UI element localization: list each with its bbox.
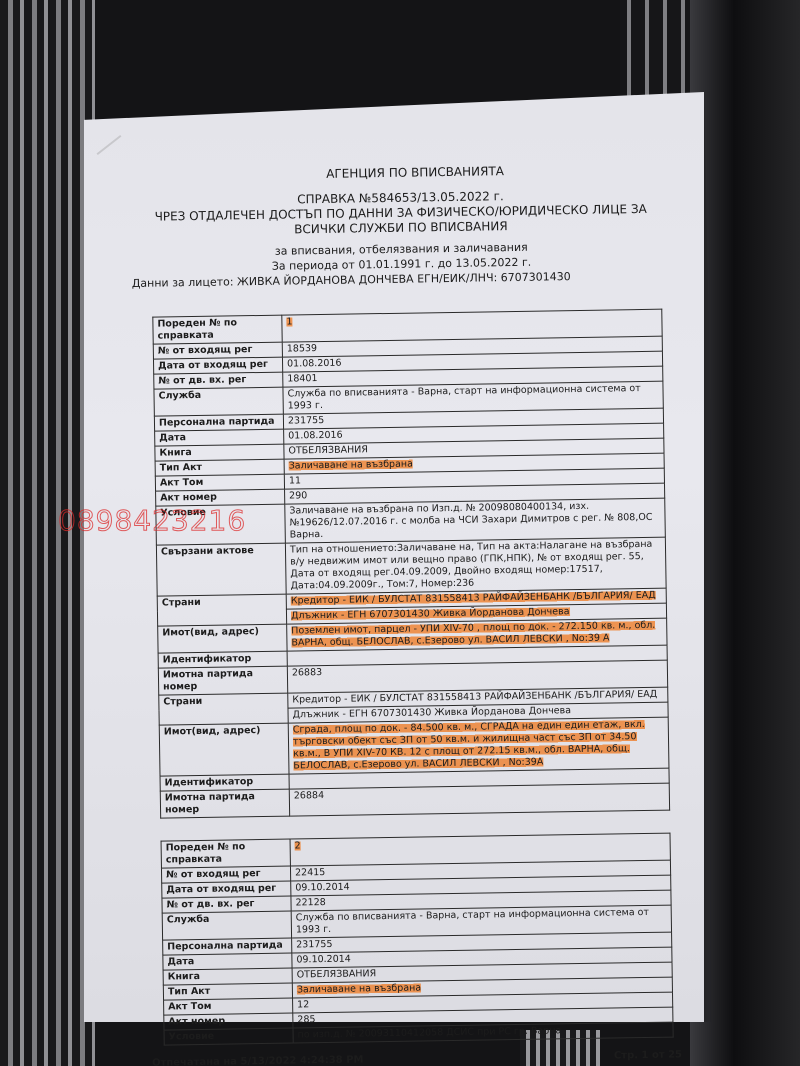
- value-text: 12: [297, 999, 309, 1010]
- value-text: 01.08.2016: [288, 430, 343, 442]
- background-right: [690, 0, 800, 1066]
- document: АГЕНЦИЯ ПО ВПИСВАНИЯТА СПРАВКА №584653/1…: [130, 162, 684, 1066]
- page-footer: Отпечатана на 5/13/2022 4:24:38 PM Стр. …: [152, 1049, 682, 1066]
- field-label: Служба: [154, 387, 283, 416]
- value-text: 11: [289, 475, 301, 486]
- value-text: 26884: [294, 790, 324, 801]
- value-text: Служба по вписванията - Варна, старт на …: [296, 907, 649, 936]
- value-text: Тип на отношението:Заличаване на, Тип на…: [290, 539, 653, 592]
- value-text: [292, 652, 295, 663]
- field-value: Тип на отношението:Заличаване на, Тип на…: [285, 537, 666, 594]
- value-text: 290: [289, 490, 307, 501]
- value-text: 22415: [295, 867, 325, 878]
- value-text: по изп.д. № 20093110412058 ДСИС при РС г…: [298, 1025, 562, 1040]
- field-label: Имотна партида номер: [158, 666, 287, 695]
- field-label: Свързани актове: [156, 543, 286, 596]
- table-row: Имот(вид, адрес)Сграда, площ по док. - 8…: [159, 717, 669, 776]
- field-label: Имот(вид, адрес): [158, 624, 287, 653]
- field-label: Пореден № по справката: [153, 315, 282, 344]
- field-value: Сграда, площ по док. - 84.500 кв. м., СГ…: [288, 717, 669, 774]
- value-text: 22128: [295, 897, 325, 908]
- value-text: 26883: [292, 667, 322, 678]
- value-text: ОТБЕЛЯЗВАНИЯ: [297, 968, 377, 980]
- value-text: 01.08.2016: [287, 358, 342, 370]
- field-label: Имот(вид, адрес): [159, 723, 289, 776]
- value-text: 18401: [287, 373, 317, 384]
- record-table-1: Пореден № по справката1№ от входящ рег18…: [152, 309, 670, 819]
- value-text: Длъжник - ЕГН 6707301430 Живка Йорданова…: [292, 705, 571, 720]
- table-row: Свързани актовеТип на отношението:Залича…: [156, 537, 666, 596]
- field-label: Условие: [164, 1028, 293, 1045]
- value-text: 18539: [287, 343, 317, 354]
- record-table-2: Пореден № по справката2№ от входящ рег22…: [161, 833, 674, 1046]
- value-text: Заличаване на възбрана по Изп.д. № 20098…: [289, 501, 652, 541]
- value-text: [294, 775, 297, 786]
- highlighted-text: Заличаване на възбрана: [297, 983, 421, 996]
- printed-timestamp: Отпечатана на 5/13/2022 4:24:38 PM: [152, 1054, 364, 1066]
- document-header: АГЕНЦИЯ ПО ВПИСВАНИЯТА СПРАВКА №584653/1…: [130, 162, 672, 291]
- field-label: Страни: [159, 693, 288, 725]
- highlighted-text: Поземлен имот, парцел - УПИ XIV-70 , пло…: [291, 620, 655, 649]
- field-value: Заличаване на възбрана по Изп.д. № 20098…: [285, 498, 666, 543]
- highlighted-text: Длъжник - ЕГН 6707301430 Живка Йорданова…: [291, 606, 570, 621]
- page-number: Стр. 1 от 25: [614, 1049, 682, 1061]
- field-value: 26884: [289, 783, 669, 816]
- field-label: Страни: [157, 594, 286, 626]
- value-text: Служба по вписванията - Варна, старт на …: [287, 383, 640, 412]
- field-label: Служба: [162, 911, 291, 940]
- value-text: 285: [297, 1014, 315, 1025]
- highlighted-text: Заличаване на възбрана: [289, 459, 413, 472]
- highlighted-text: 2: [295, 840, 301, 851]
- field-label: Имотна партида номер: [160, 789, 289, 818]
- value-text: 231755: [288, 415, 324, 427]
- value-text: ОТБЕЛЯЗВАНИЯ: [288, 444, 368, 456]
- value-text: 09.10.2014: [296, 954, 351, 966]
- value-text: 231755: [296, 939, 332, 951]
- highlighted-text: Сграда, площ по док. - 84.500 кв. м., СГ…: [293, 719, 645, 772]
- highlighted-text: 1: [286, 316, 292, 327]
- field-label: Пореден № по справката: [161, 839, 290, 868]
- value-text: 09.10.2014: [295, 882, 350, 894]
- phone-watermark: 0898423216: [58, 504, 246, 537]
